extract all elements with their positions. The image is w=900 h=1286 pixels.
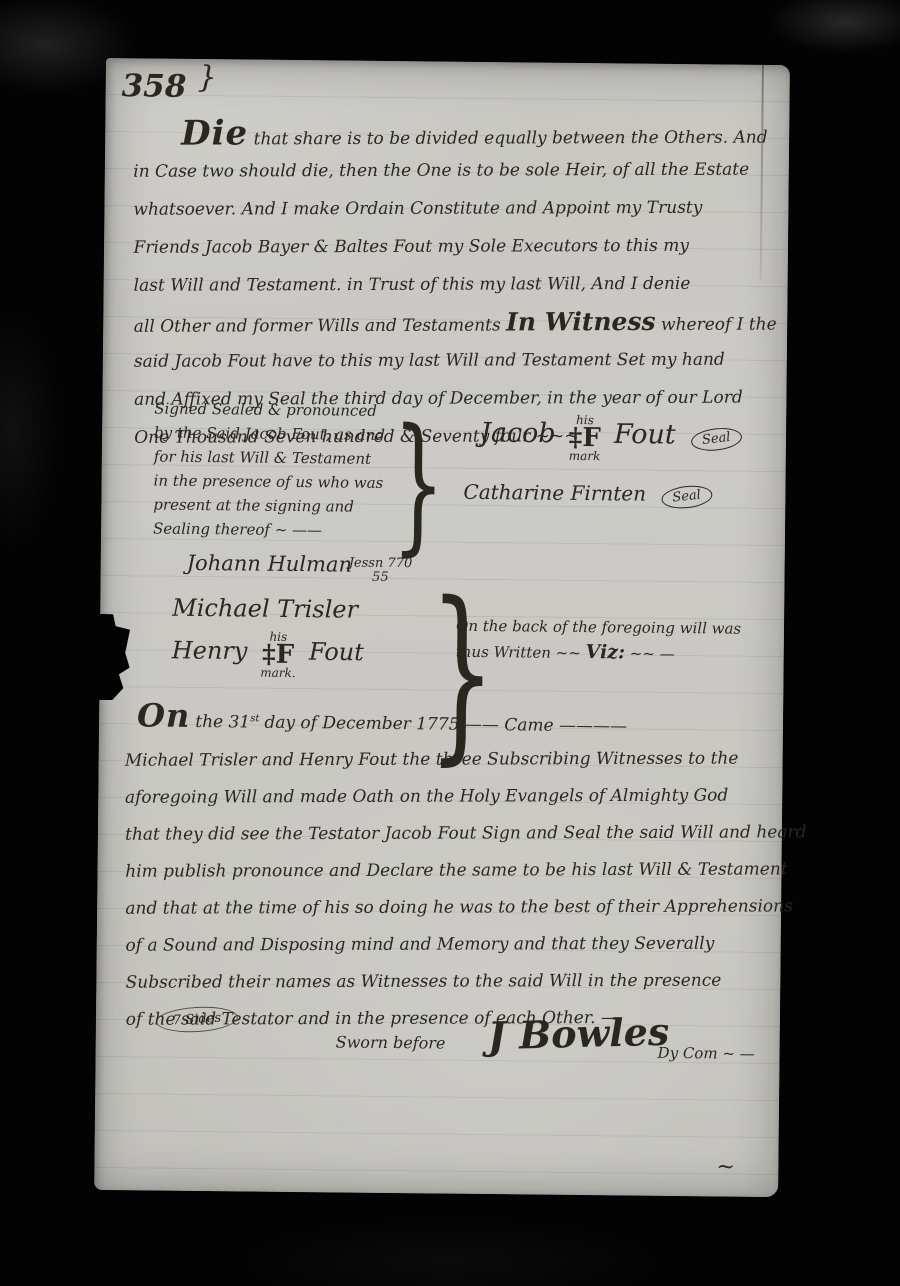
endorsement-line-2-pre: thus Written ~~ [456, 643, 586, 662]
probate-line: Subscribed their names as Witnesses to t… [126, 962, 766, 1001]
probate-heading: On the 31st day of December 1775 —— Came… [137, 696, 627, 739]
sworn-before-label: Sworn before [336, 1032, 446, 1052]
will-line-3: whatsoever. And I make Ordain Constitute… [133, 189, 773, 229]
endorsement-line-1: On the back of the foregoing will was [456, 614, 741, 642]
clerk-note-bottom: 55 [372, 570, 389, 585]
second-signer-name: Catharine Firnten [463, 480, 646, 506]
probate-line: him publish pronounce and Declare the sa… [125, 851, 765, 890]
attestation-line: by the Said Jacob Fout, as and [154, 421, 385, 447]
witness-1-clerk-note: Jessn 770 55 [348, 557, 412, 586]
sides-note-group: 7 Sides [156, 1007, 238, 1033]
testator-first-name: Jacob [480, 417, 556, 449]
attestation-line: present at the signing and [153, 493, 384, 519]
mark-mark-label: mark. [260, 668, 295, 678]
probate-opening-initial: On [137, 696, 191, 735]
will-line-7: said Jacob Fout have to this my last Wil… [134, 341, 774, 381]
stray-ink-mark: ~ [716, 1154, 735, 1179]
testator-mark-glyph: ‡F [569, 425, 601, 451]
page-number: 358 [122, 68, 187, 105]
attestation-line: Signed Sealed & pronounced [154, 397, 385, 423]
page-number-brace-icon: } [197, 60, 216, 95]
will-line-1-text: that share is to be divided equally betw… [254, 128, 768, 150]
endorsement-note: On the back of the foregoing will was th… [456, 614, 742, 668]
attestation-brace-icon: } [391, 397, 445, 570]
official-signature: J Bowles [487, 1009, 669, 1058]
scanner-background: { "colors": { "background": "#030303", "… [0, 0, 900, 1286]
witness-signature-1: Johann Hulman [187, 551, 353, 577]
testator-signature: Jacob his ‡F mark Fout Seal [480, 414, 742, 463]
testator-seal-badge: Seal [690, 426, 743, 453]
witness-signature-2: Michael Trisler [172, 594, 358, 624]
scanner-notch-artifact [91, 614, 130, 700]
probate-line: of a Sound and Disposing mind and Memory… [125, 925, 765, 964]
probate-heading-rest: day of December 1775 —— Came ———— [264, 713, 627, 737]
will-line-6: all Other and former Wills and Testament… [134, 303, 774, 343]
will-line-1: Die that share is to be divided equally … [133, 113, 773, 153]
attestation-block: Signed Sealed & pronounced by the Said J… [153, 397, 385, 543]
will-line-4: Friends Jacob Bayer & Baltes Fout my Sol… [133, 227, 773, 267]
second-seal-badge: Seal [660, 483, 713, 510]
second-signature: Catharine Firnten Seal [463, 480, 711, 508]
testator-mark-group: his ‡F mark [568, 415, 601, 461]
attestation-line: Sealing thereof ~ —— [153, 517, 384, 543]
manuscript-page: 358 } Die that share is to be divided eq… [94, 58, 790, 1197]
official-title: Dy Com ~ — [658, 1044, 755, 1063]
probate-heading-sup: st [250, 713, 259, 724]
mark-mark-label: mark [568, 451, 600, 461]
endorsement-line-2-post: ~~ — [630, 645, 675, 663]
probate-line: and that at the time of his so doing he … [125, 888, 765, 927]
attestation-line: in the presence of us who was [153, 469, 384, 495]
probate-line: Michael Trisler and Henry Fout the three… [125, 740, 765, 779]
probate-heading-mid: the 31 [195, 712, 250, 733]
sides-note: 7 Sides [155, 1005, 238, 1035]
will-opening-initial: Die [181, 113, 248, 153]
will-line-6-post: whereof I the [661, 315, 777, 335]
will-line-6-pre: all Other and former Wills and Testament… [134, 315, 501, 336]
witness-3-last-name: Fout [309, 638, 364, 667]
witness-3-mark-group: his ‡F mark. [260, 632, 296, 678]
witness-3-mark-glyph: ‡F [260, 642, 296, 668]
probate-paragraph: Michael Trisler and Henry Fout the three… [125, 740, 766, 1038]
page-number-group: 358 } [122, 68, 211, 105]
probate-line: aforegoing Will and made Oath on the Hol… [125, 777, 765, 816]
will-line-5: last Will and Testament. in Trust of thi… [134, 265, 774, 305]
witness-signature-3: Henry his ‡F mark. Fout [172, 631, 365, 679]
probate-line: that they did see the Testator Jacob Fou… [125, 814, 765, 853]
endorsement-viz: Viz: [585, 641, 625, 663]
testator-last-name: Fout [614, 419, 676, 451]
will-line-6-emphasis: In Witness [506, 307, 656, 337]
witness-3-first-name: Henry [172, 636, 248, 665]
endorsement-line-2: thus Written ~~ Viz: ~~ — [456, 639, 741, 668]
will-line-2: in Case two should die, then the One is … [133, 151, 773, 191]
attestation-line: for his last Will & Testament [154, 445, 385, 471]
clerk-note-top: Jessn 770 [349, 556, 413, 572]
